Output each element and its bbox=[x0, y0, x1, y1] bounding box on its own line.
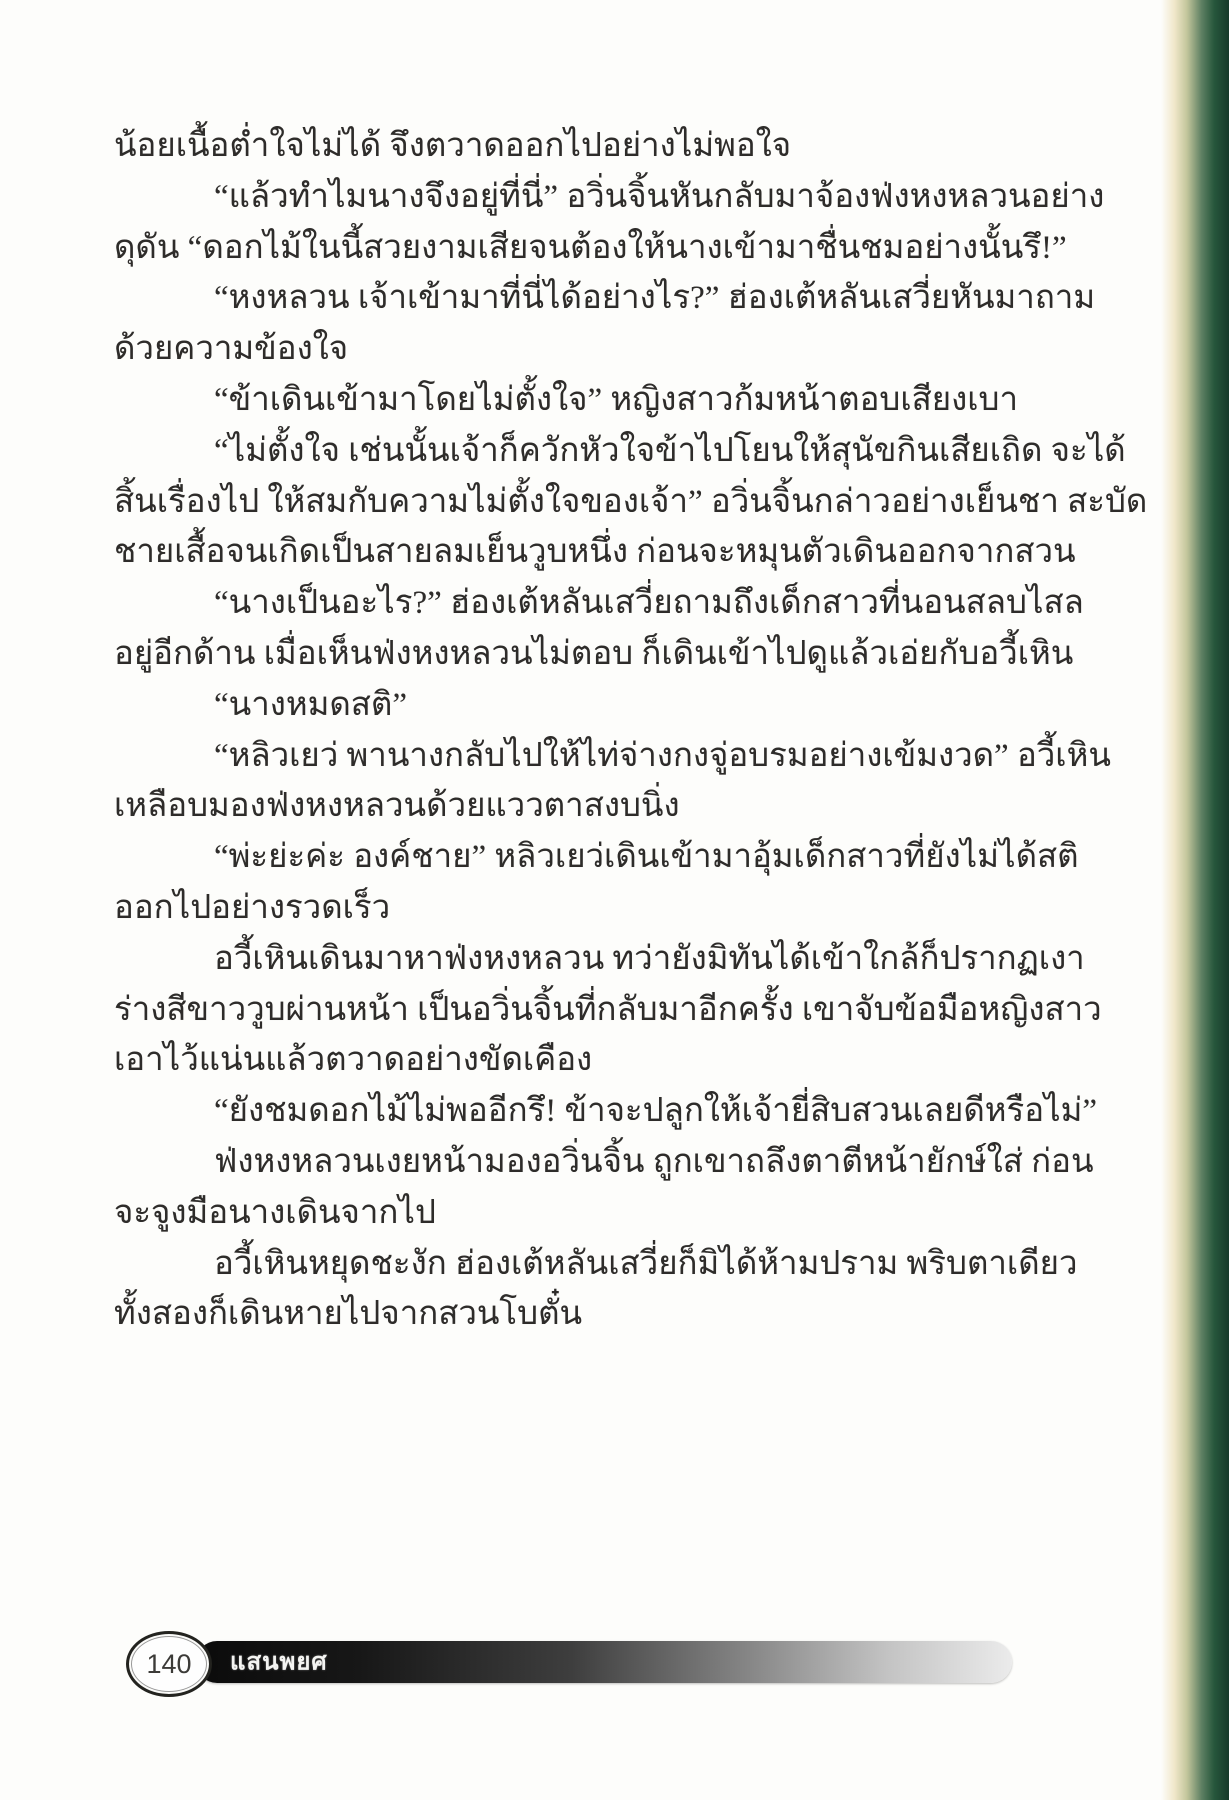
book-cover-edge bbox=[1161, 0, 1229, 1800]
text-line: เอาไว้แน่นแล้วตวาดอย่างขัดเคือง bbox=[114, 1035, 1146, 1086]
text-line: อยู่อีกด้าน เมื่อเห็นฟ่งหงหลวนไม่ตอบ ก็เ… bbox=[114, 629, 1146, 680]
text-line: น้อยเนื้อต่ำใจไม่ได้ จึงตวาดออกไปอย่างไม… bbox=[114, 121, 1146, 172]
text-line: “นางหมดสติ” bbox=[114, 680, 1146, 731]
text-line: ดุดัน “ดอกไม้ในนี้สวยงามเสียจนต้องให้นาง… bbox=[114, 223, 1146, 274]
text-line: “แล้วทำไมนางจึงอยู่ที่นี่” อวิ่นจิ้นหันก… bbox=[114, 172, 1146, 223]
text-line: ฟ่งหงหลวนเงยหน้ามองอวิ่นจิ้น ถูกเขาถลึงต… bbox=[114, 1137, 1146, 1188]
text-line: สิ้นเรื่องไป ให้สมกับความไม่ตั้งใจของเจ้… bbox=[114, 477, 1146, 528]
text-line: “หงหลวน เจ้าเข้ามาที่นี่ได้อย่างไร?” ฮ่อ… bbox=[114, 273, 1146, 324]
text-line: เหลือบมองฟ่งหงหลวนด้วยแววตาสงบนิ่ง bbox=[114, 781, 1146, 832]
footer-title-banner: แสนพยศ bbox=[196, 1641, 1012, 1683]
text-line: ออกไปอย่างรวดเร็ว bbox=[114, 883, 1146, 934]
text-line: ร่างสีขาววูบผ่านหน้า เป็นอวิ่นจิ้นที่กลั… bbox=[114, 985, 1146, 1036]
page-number: 140 bbox=[146, 1649, 191, 1680]
text-line: อวี้เหินหยุดชะงัก ฮ่องเต้หลันเสวี่ยก็มิไ… bbox=[114, 1239, 1146, 1290]
book-title: แสนพยศ bbox=[230, 1642, 328, 1681]
text-line: “ยังชมดอกไม้ไม่พออีกรึ! ข้าจะปลูกให้เจ้า… bbox=[114, 1086, 1146, 1137]
book-page-scan: น้อยเนื้อต่ำใจไม่ได้ จึงตวาดออกไปอย่างไม… bbox=[0, 0, 1229, 1800]
text-line: “พ่ะย่ะค่ะ องค์ชาย” หลิวเยว่เดินเข้ามาอุ… bbox=[114, 832, 1146, 883]
text-line: “ไม่ตั้งใจ เช่นนั้นเจ้าก็ควักหัวใจข้าไปโ… bbox=[114, 426, 1146, 477]
text-line: ชายเสื้อจนเกิดเป็นสายลมเย็นวูบหนึ่ง ก่อน… bbox=[114, 527, 1146, 578]
text-line: “ข้าเดินเข้ามาโดยไม่ตั้งใจ” หญิงสาวก้มหน… bbox=[114, 375, 1146, 426]
text-line: “หลิวเยว่ พานางกลับไปให้ไท่จ่างกงจู่อบรม… bbox=[114, 731, 1146, 782]
text-line: อวี้เหินเดินมาหาฟ่งหงหลวน ทว่ายังมิทันได… bbox=[114, 934, 1146, 985]
page-number-badge: 140 bbox=[126, 1631, 212, 1697]
text-line: จะจูงมือนางเดินจากไป bbox=[114, 1188, 1146, 1239]
text-line: ทั้งสองก็เดินหายไปจากสวนโบตั๋น bbox=[114, 1289, 1146, 1340]
text-line: ด้วยความข้องใจ bbox=[114, 324, 1146, 375]
text-line: “นางเป็นอะไร?” ฮ่องเต้หลันเสวี่ยถามถึงเด… bbox=[114, 578, 1146, 629]
body-text: น้อยเนื้อต่ำใจไม่ได้ จึงตวาดออกไปอย่างไม… bbox=[114, 121, 1146, 1340]
